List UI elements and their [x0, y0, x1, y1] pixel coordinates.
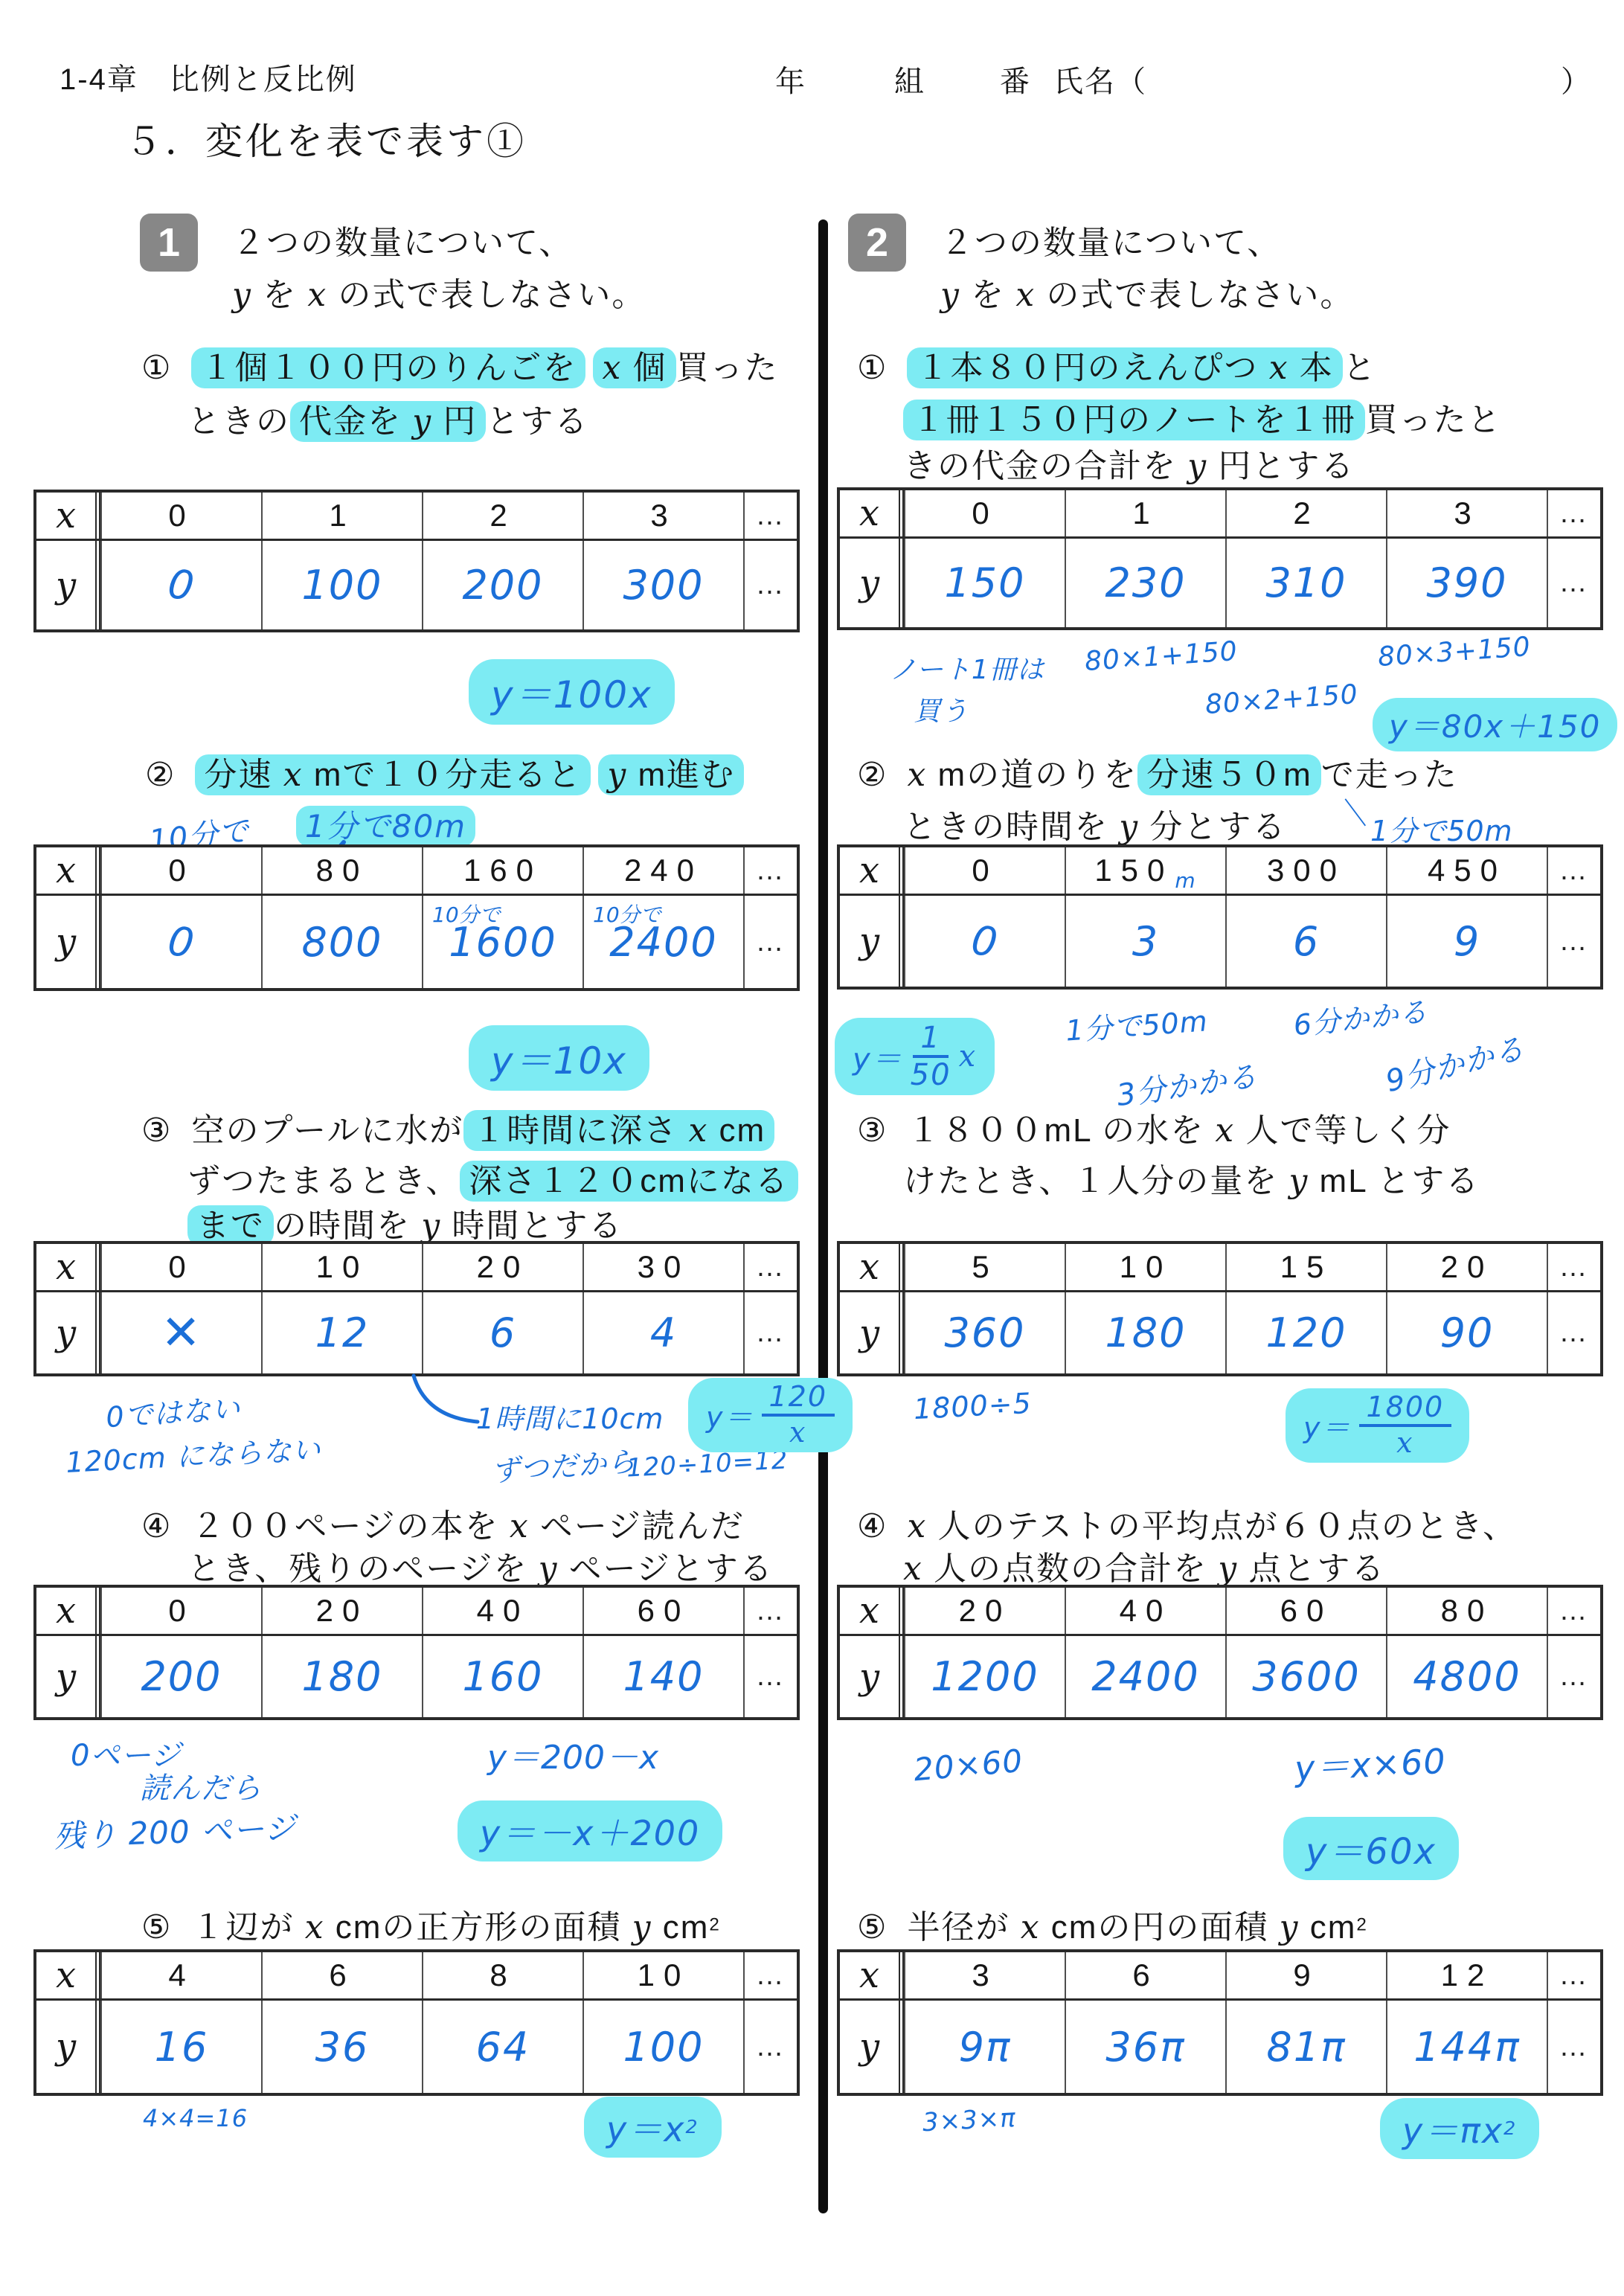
- table-l5-x-row: x 4 6 8 10 …: [36, 1952, 797, 1998]
- row-label-y: y: [36, 1292, 100, 1373]
- table-cell-dots: …: [743, 493, 797, 539]
- table-l4: x 0 20 40 60 … y 200 180 160 140 …: [33, 1585, 800, 1720]
- table-l1-x-row: x 0 1 2 3 …: [36, 493, 797, 539]
- row-label-y: y: [840, 1292, 904, 1373]
- row-label-y: y: [840, 1636, 904, 1717]
- table-cell: 160: [422, 1636, 582, 1717]
- table-r1: x 0 1 2 3 … y 150 230 310 390 …: [837, 487, 1603, 630]
- table-cell: 0: [904, 896, 1065, 987]
- table-r4: x 20 40 60 80 … y 1200 2400 3600 4800 …: [837, 1585, 1603, 1720]
- problem-l1-line-2: ときの代金を y 円とする: [187, 394, 588, 442]
- table-cell: 450: [1386, 847, 1547, 894]
- section-1-intro-line-1: ２つの数量について、: [232, 216, 573, 263]
- table-l2-x-row: x 0 80 160 240 …: [36, 847, 797, 894]
- row-label-y: y: [840, 2001, 904, 2093]
- annotation-l3-never-120: 120cm にならない: [65, 1426, 322, 1481]
- table-cell: 3600: [1225, 1636, 1386, 1717]
- table-cell: 0: [100, 1244, 261, 1290]
- table-r5: x 3 6 9 12 … y 9π 36π 81π 144π …: [837, 1949, 1603, 2096]
- table-cell-dots: …: [1547, 1588, 1600, 1634]
- year-field-label: 年: [775, 58, 806, 100]
- table-l1-y-row: y 0 100 200 300 …: [36, 539, 797, 629]
- row-label-x: x: [36, 493, 100, 539]
- problem-l4-line-2: とき、残りのページを y ページとする: [187, 1542, 774, 1589]
- annotation-l5-4x4: 4×4=16: [143, 2104, 248, 2132]
- table-cell: 4: [582, 1292, 743, 1373]
- table-r2-x-row: x 0 150m 300 450 …: [840, 847, 1600, 894]
- table-cell: 100: [582, 2001, 743, 2093]
- answer-r4: y＝60x: [1283, 1817, 1459, 1880]
- table-cell: 0: [100, 493, 261, 539]
- annotation-r1-notebook: ノート1冊は: [890, 649, 1044, 687]
- table-cell: 80: [261, 847, 422, 894]
- table-cell: 180: [1065, 1292, 1225, 1373]
- table-r3: x 5 10 15 20 … y 360 180 120 90 …: [837, 1241, 1603, 1376]
- annotation-r1-80x1: 80×1+150: [1084, 636, 1239, 677]
- problem-l3-line-1: ③空のプールに水が１時間に深さ x cm: [141, 1103, 774, 1151]
- table-r3-y-row: y 360 180 120 90 …: [840, 1290, 1600, 1373]
- annotation-r2-9min: 9分かかる: [1381, 1025, 1529, 1100]
- cross-mark: ✕: [161, 1306, 202, 1361]
- name-field-close-paren: ）: [1561, 58, 1592, 100]
- section-2-badge: 2: [848, 214, 906, 272]
- table-cell: 0: [100, 541, 261, 629]
- table-cell: 300: [1225, 847, 1386, 894]
- annotation-r2-50m-per-min-top: 1分で50m: [1370, 808, 1513, 849]
- table-cell: 20: [1386, 1244, 1547, 1290]
- table-l2: x 0 80 160 240 … y 0 800 10分で1600 10分で24…: [33, 844, 800, 991]
- section-2-intro-line-1: ２つの数量について、: [940, 216, 1281, 263]
- row-label-x: x: [36, 1952, 100, 1998]
- table-cell: 2: [422, 493, 582, 539]
- table-cell-dots: …: [1547, 2001, 1600, 2093]
- table-cell: 6: [261, 1952, 422, 1998]
- annotation-r5-3x3pi: 3×3×π: [922, 2103, 1017, 2138]
- table-cell: 200: [100, 1636, 261, 1717]
- annotation-l4-remaining: 残り 200 ページ: [53, 1803, 297, 1856]
- annotation-r1-80x3: 80×3+150: [1377, 632, 1532, 673]
- annotation-r2-tick-mark: ＼: [1338, 790, 1368, 833]
- annotation-l4-formula: y＝200－x: [487, 1731, 659, 1778]
- row-label-y: y: [840, 896, 904, 987]
- problem-l2-line-1: ②分速 x mで１０分走るとy m進む: [145, 748, 744, 795]
- table-cell: 10分で1600: [422, 896, 582, 988]
- row-label-x: x: [840, 847, 904, 894]
- annotation-r2-50m-per-min: 1分で50m: [1064, 998, 1209, 1048]
- problem-l3-line-2: ずつたまるとき、深さ１２０cmになる: [187, 1154, 798, 1202]
- section-1-badge: 1: [140, 214, 198, 272]
- table-cell-dots: …: [743, 1636, 797, 1717]
- table-r5-x-row: x 3 6 9 12 …: [840, 1952, 1600, 1998]
- table-cell: 64: [422, 2001, 582, 2093]
- table-cell: 120: [1225, 1292, 1386, 1373]
- table-l1: x 0 1 2 3 … y 0 100 200 300 …: [33, 490, 800, 632]
- table-cell: 12: [1386, 1952, 1547, 1998]
- table-cell-dots: …: [1547, 1292, 1600, 1373]
- table-cell: 90: [1386, 1292, 1547, 1373]
- table-cell-dots: …: [1547, 490, 1600, 536]
- table-cell-dots: …: [743, 2001, 797, 2093]
- table-cell: 9: [1225, 1952, 1386, 1998]
- row-label-x: x: [36, 1244, 100, 1290]
- problem-r4-line-2: x 人の点数の合計を y 点とする: [903, 1542, 1385, 1589]
- annotation-r3-division: 1800÷5: [913, 1387, 1033, 1426]
- table-cell: 3: [1386, 490, 1547, 536]
- curve-line-icon: [408, 1373, 482, 1428]
- table-cell-dots: …: [1547, 1244, 1600, 1290]
- annotation-r4-20x60: 20×60: [912, 1742, 1024, 1789]
- table-l5-y-row: y 16 36 64 100 …: [36, 1998, 797, 2093]
- annotation-l3-because: ずつだから: [490, 1438, 637, 1489]
- row-label-x: x: [840, 1952, 904, 1998]
- annotation-r2-6min: 6分かかる: [1291, 989, 1430, 1044]
- table-cell: 3: [904, 1952, 1065, 1998]
- table-cell: 40: [1065, 1588, 1225, 1634]
- table-cell: 1200: [904, 1636, 1065, 1717]
- table-cell: 20: [261, 1588, 422, 1634]
- table-cell: 36: [261, 2001, 422, 2093]
- table-cell: 0: [904, 847, 1065, 894]
- table-cell: 3: [582, 493, 743, 539]
- worksheet-page: 1-4章 比例と反比例 年 組 番 氏名（ ） ５．変化を表で表す① 1 ２つの…: [0, 0, 1624, 2296]
- table-cell: 360: [904, 1292, 1065, 1373]
- problem-l5-line-1: ⑤１辺が x cmの正方形の面積 y cm2: [141, 1900, 721, 1948]
- table-cell-dots: …: [743, 1588, 797, 1634]
- table-cell: 30: [582, 1244, 743, 1290]
- answer-l5: y＝x2: [584, 2097, 722, 2158]
- table-cell-dots: …: [743, 1244, 797, 1290]
- table-cell: 36π: [1065, 2001, 1225, 2093]
- table-cell: 144π: [1386, 2001, 1547, 2093]
- table-cell: 60: [582, 1588, 743, 1634]
- table-cell: 2: [1225, 490, 1386, 536]
- table-r2: x 0 150m 300 450 … y 0 3 6 9 …: [837, 844, 1603, 990]
- problem-r1-line-1: ①１本８０円のえんぴつ x 本と: [857, 341, 1377, 388]
- annotation-r1-buy: 買う: [914, 690, 969, 728]
- answer-l4: y＝－x＋200: [458, 1800, 722, 1862]
- table-r1-x-row: x 0 1 2 3 …: [840, 490, 1600, 536]
- problem-r1-line-2: １冊１５０円のノートを１冊買ったと: [903, 393, 1502, 440]
- answer-r3: y＝1800x: [1286, 1388, 1469, 1463]
- problem-r5-line-1: ⑤半径が x cmの円の面積 y cm2: [857, 1900, 1368, 1948]
- table-cell-dots: …: [1547, 896, 1600, 987]
- table-l3: x 0 10 20 30 … y ✕ 12 6 4 …: [33, 1241, 800, 1376]
- table-cell: 390: [1386, 539, 1547, 627]
- table-cell: 60: [1225, 1588, 1386, 1634]
- table-l4-y-row: y 200 180 160 140 …: [36, 1634, 797, 1717]
- handwritten-m-unit: m: [1175, 868, 1196, 893]
- table-cell: 3: [1065, 896, 1225, 987]
- table-l4-x-row: x 0 20 40 60 …: [36, 1588, 797, 1634]
- row-label-y: y: [36, 1636, 100, 1717]
- table-r4-x-row: x 20 40 60 80 …: [840, 1588, 1600, 1634]
- problem-l3-line-3: までの時間を y 時間とする: [187, 1199, 623, 1246]
- table-cell-dots: …: [743, 847, 797, 894]
- answer-l2: y＝10x: [469, 1025, 649, 1091]
- table-cell: 9π: [904, 2001, 1065, 2093]
- table-r3-x-row: x 5 10 15 20 …: [840, 1244, 1600, 1290]
- problem-l1-line-1: ①１個１００円のりんごをx 個買った: [141, 341, 779, 388]
- problem-l4-line-1: ④２００ページの本を x ページ読んだ: [141, 1499, 745, 1547]
- problem-r3-line-2: けたとき、１人分の量を y mL とする: [903, 1154, 1480, 1202]
- table-r1-y-row: y 150 230 310 390 …: [840, 536, 1600, 627]
- table-cell: 40: [422, 1588, 582, 1634]
- answer-l3: y＝120x: [688, 1378, 853, 1452]
- table-l2-y-row: y 0 800 10分で1600 10分で2400 …: [36, 894, 797, 988]
- table-cell-dots: …: [1547, 1636, 1600, 1717]
- annotation-l3-10cm-per-hour: 1時間に10cm: [476, 1396, 664, 1437]
- answer-r5: y＝πx2: [1380, 2098, 1539, 2159]
- table-cell-dots: …: [1547, 847, 1600, 894]
- table-cell: 0: [904, 490, 1065, 536]
- table-cell: 81π: [1225, 2001, 1386, 2093]
- table-cell: 1: [261, 493, 422, 539]
- table-cell: 310: [1225, 539, 1386, 627]
- table-cell: 0: [100, 1588, 261, 1634]
- row-label-x: x: [840, 1244, 904, 1290]
- number-field-label: 番: [1000, 58, 1031, 100]
- row-label-y: y: [36, 896, 100, 988]
- row-label-y: y: [36, 541, 100, 629]
- table-cell: ✕: [100, 1292, 261, 1373]
- table-cell: 4800: [1386, 1636, 1547, 1717]
- row-label-x: x: [840, 490, 904, 536]
- annotation-l4-if-read: 読んだら: [140, 1765, 262, 1807]
- table-cell: 180: [261, 1636, 422, 1717]
- table-cell: 140: [582, 1636, 743, 1717]
- table-cell-dots: …: [743, 1292, 797, 1373]
- table-cell: 2400: [1065, 1636, 1225, 1717]
- table-cell: 6: [1225, 896, 1386, 987]
- table-cell: 9: [1386, 896, 1547, 987]
- page-title: ５．変化を表で表す①: [125, 112, 527, 165]
- table-cell: 80: [1386, 1588, 1547, 1634]
- table-cell: 4: [100, 1952, 261, 1998]
- row-label-x: x: [36, 1588, 100, 1634]
- table-cell: 0: [100, 847, 261, 894]
- table-cell: 15: [1225, 1244, 1386, 1290]
- problem-r3-line-1: ③１８００mL の水を x 人で等しく分: [857, 1103, 1451, 1151]
- table-cell-dots: …: [1547, 1952, 1600, 1998]
- table-cell: 300: [582, 541, 743, 629]
- column-divider: [818, 219, 828, 2213]
- course-label: 1-4章 比例と反比例: [60, 56, 357, 98]
- row-label-y: y: [840, 539, 904, 627]
- table-cell: 10分で2400: [582, 896, 743, 988]
- table-cell: 150m: [1065, 847, 1225, 894]
- table-cell: 12: [261, 1292, 422, 1373]
- table-cell: 0: [100, 896, 261, 988]
- table-cell: 150: [904, 539, 1065, 627]
- section-2-intro-line-2: y を x の式で表しなさい。: [940, 268, 1354, 315]
- table-cell: 160: [422, 847, 582, 894]
- section-1-intro-line-2: y を x の式で表しなさい。: [232, 268, 646, 315]
- problem-r2-line-2: ときの時間を y 分とする: [903, 800, 1286, 847]
- problem-r1-line-3: きの代金の合計を y 円とする: [903, 439, 1355, 487]
- table-cell: 20: [422, 1244, 582, 1290]
- table-r4-y-row: y 1200 2400 3600 4800 …: [840, 1634, 1600, 1717]
- table-l5: x 4 6 8 10 … y 16 36 64 100 …: [33, 1949, 800, 2096]
- table-l3-y-row: y ✕ 12 6 4 …: [36, 1290, 797, 1373]
- table-cell: 6: [1065, 1952, 1225, 1998]
- table-cell: 16: [100, 2001, 261, 2093]
- table-cell: 10: [582, 1952, 743, 1998]
- table-cell: 200: [422, 541, 582, 629]
- table-r2-y-row: y 0 3 6 9 …: [840, 894, 1600, 987]
- problem-r4-line-1: ④x 人のテストの平均点が６０点のとき、: [857, 1499, 1517, 1547]
- class-field-label: 組: [894, 58, 925, 100]
- table-cell: 8: [422, 1952, 582, 1998]
- table-cell: 240: [582, 847, 743, 894]
- table-cell: 1: [1065, 490, 1225, 536]
- table-cell: 230: [1065, 539, 1225, 627]
- table-cell-dots: …: [1547, 539, 1600, 627]
- table-cell: 5: [904, 1244, 1065, 1290]
- table-cell: 800: [261, 896, 422, 988]
- answer-r2: y＝150x: [835, 1018, 995, 1095]
- table-cell: 10: [261, 1244, 422, 1290]
- annotation-r4-formula: y＝x×60: [1293, 1734, 1447, 1792]
- row-label-x: x: [36, 847, 100, 894]
- answer-l1: y＝100x: [469, 659, 675, 725]
- problem-r2-line-1: ②x mの道のりを分速５０mで走った: [857, 748, 1458, 795]
- annotation-l3-not-zero: 0ではない: [104, 1385, 242, 1436]
- table-cell-dots: …: [743, 1952, 797, 1998]
- name-field-label: 氏名（: [1053, 58, 1147, 100]
- row-label-x: x: [840, 1588, 904, 1634]
- table-cell-dots: …: [743, 541, 797, 629]
- table-cell-dots: …: [743, 896, 797, 988]
- table-cell: 100: [261, 541, 422, 629]
- table-r5-y-row: y 9π 36π 81π 144π …: [840, 1998, 1600, 2093]
- table-cell: 6: [422, 1292, 582, 1373]
- table-l3-x-row: x 0 10 20 30 …: [36, 1244, 797, 1290]
- table-cell: 20: [904, 1588, 1065, 1634]
- row-label-y: y: [36, 2001, 100, 2093]
- answer-r1: y＝80x＋150: [1373, 698, 1617, 751]
- table-cell: 10: [1065, 1244, 1225, 1290]
- annotation-r1-80x2: 80×2+150: [1204, 679, 1359, 720]
